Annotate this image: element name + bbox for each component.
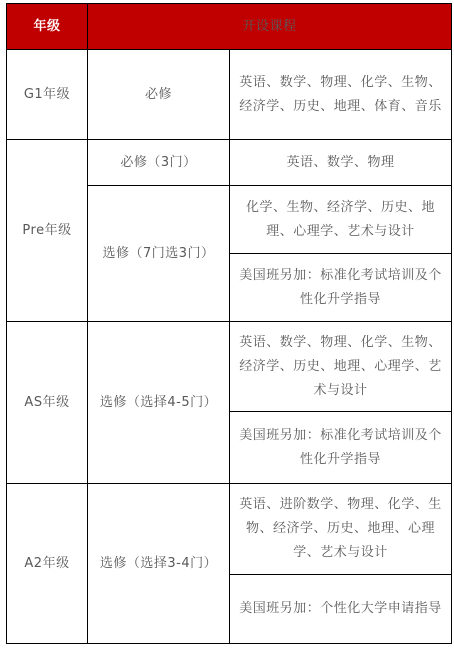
type-cell-as-elective: 选修（选择4-5门） <box>88 322 230 484</box>
courses-cell-pre-required: 英语、数学、物理 <box>230 140 452 186</box>
table-row-pre-required: Pre年级 必修（3门） 英语、数学、物理 <box>7 140 452 186</box>
type-cell-g1-required: 必修 <box>88 50 230 140</box>
type-cell-pre-elective: 选修（7门选3门） <box>88 186 230 322</box>
courses-cell-as-elective: 英语、数学、物理、化学、生物、经济学、历史、地理、心理学、艺术与设计 <box>230 322 452 412</box>
courses-cell-pre-us-extra: 美国班另加：标准化考试培训及个性化升学指导 <box>230 254 452 322</box>
courses-cell-g1-required: 英语、数学、物理、化学、生物、经济学、历史、地理、体育、音乐 <box>230 50 452 140</box>
table-row-as-elective: AS年级 选修（选择4-5门） 英语、数学、物理、化学、生物、经济学、历史、地理… <box>7 322 452 412</box>
grade-cell-g1: G1年级 <box>7 50 88 140</box>
grade-cell-a2: A2年级 <box>7 484 88 644</box>
table-header-row: 年级 开设课程 <box>7 4 452 50</box>
curriculum-table: 年级 开设课程 G1年级 必修 英语、数学、物理、化学、生物、经济学、历史、地理… <box>6 3 452 644</box>
header-grade: 年级 <box>7 4 88 50</box>
header-courses: 开设课程 <box>88 4 452 50</box>
grade-cell-as: AS年级 <box>7 322 88 484</box>
courses-cell-as-us-extra: 美国班另加：标准化考试培训及个性化升学指导 <box>230 412 452 484</box>
type-cell-pre-required: 必修（3门） <box>88 140 230 186</box>
table-row-a2-elective: A2年级 选修（选择3-4门） 英语、进阶数学、物理、化学、生物、经济学、历史、… <box>7 484 452 575</box>
type-cell-a2-elective: 选修（选择3-4门） <box>88 484 230 644</box>
grade-cell-pre: Pre年级 <box>7 140 88 322</box>
courses-cell-a2-us-extra: 美国班另加：个性化大学申请指导 <box>230 575 452 644</box>
courses-cell-a2-elective: 英语、进阶数学、物理、化学、生物、经济学、历史、地理、心理学、艺术与设计 <box>230 484 452 575</box>
table-row-g1: G1年级 必修 英语、数学、物理、化学、生物、经济学、历史、地理、体育、音乐 <box>7 50 452 140</box>
courses-cell-pre-elective: 化学、生物、经济学、历史、地理、心理学、艺术与设计 <box>230 186 452 254</box>
